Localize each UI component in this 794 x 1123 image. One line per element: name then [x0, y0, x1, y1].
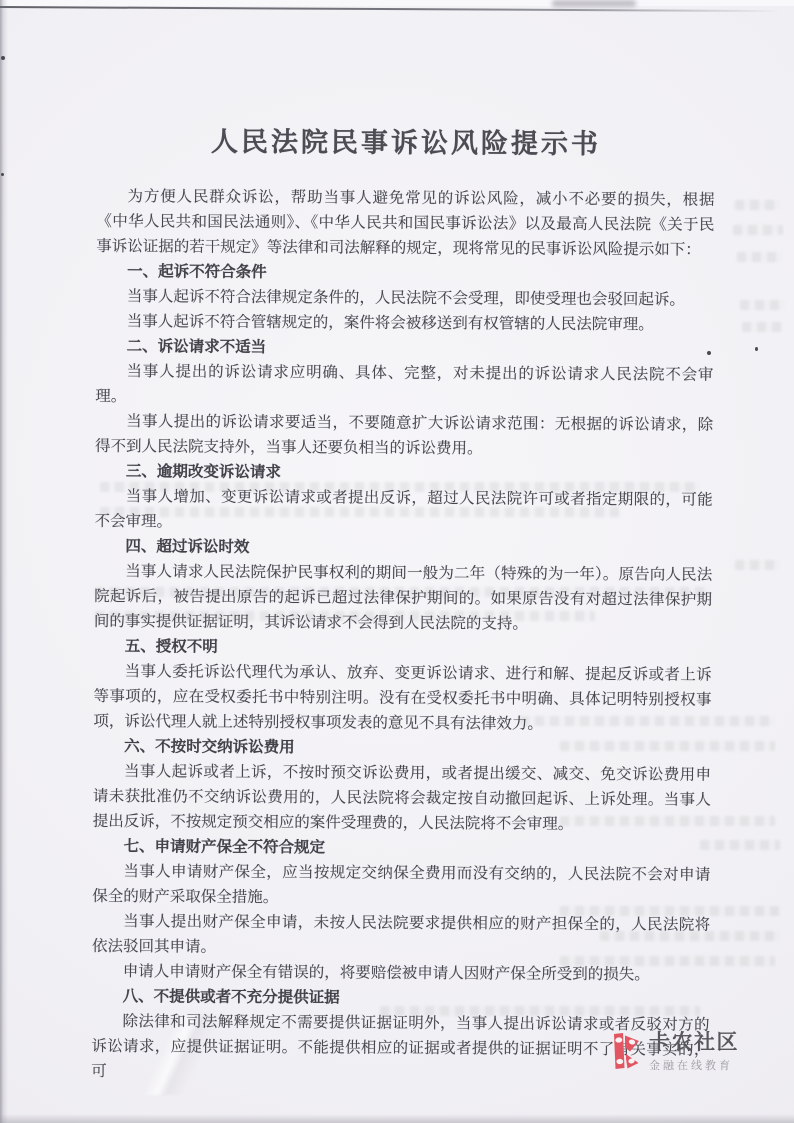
section-5-heading: 五、授权不明 — [94, 634, 712, 663]
section-1-paragraph: 当事人起诉不符合法律规定条件的，人民法院不会受理，即使受理也会驳回起诉。 — [96, 284, 714, 313]
section-1-heading: 一、起诉不符合条件 — [96, 259, 714, 288]
bleedthrough-ghost — [733, 225, 783, 235]
ink-speck — [755, 347, 758, 351]
watermark-text: 卡农社区 金融在线教育 — [649, 1031, 739, 1073]
document-title: 人民法院民事诉讼风险提示书 — [97, 124, 715, 162]
scan-smudge — [552, 0, 636, 7]
watermark-tagline: 金融在线教育 — [649, 1057, 739, 1073]
section-7-paragraph: 申请人申请财产保全有错误的，将要赔偿被申请人因财产保全所受到的损失。 — [92, 959, 710, 988]
bleedthrough-ghost — [737, 252, 782, 262]
section-8-heading: 八、不提供或者不充分提供证据 — [92, 984, 710, 1013]
section-7: 七、申请财产保全不符合规定 当事人申请财产保全，应当按规定交纳保全费用而没有交纳… — [92, 834, 711, 988]
section-6-paragraph: 当事人起诉或者上诉，不按时预交诉讼费用，或者提出缓交、减交、免交诉讼费用申请未获… — [93, 759, 711, 838]
section-7-heading: 七、申请财产保全不符合规定 — [93, 834, 711, 863]
bleedthrough-ghost — [740, 300, 785, 310]
section-5-paragraph: 当事人委托诉讼代理代为承认、放弃、变更诉讼请求、进行和解、提起反诉或者上诉等事项… — [93, 659, 711, 738]
scanned-document-page: 人民法院民事诉讼风险提示书 为方便人民群众诉讼，帮助当事人避免常见的诉讼风险，减… — [0, 0, 794, 1123]
section-3-paragraph: 当事人增加、变更诉讼请求或者提出反诉，超过人民法院许可或者指定期限的，可能不会审… — [94, 484, 712, 538]
intro-paragraph: 为方便人民群众诉讼，帮助当事人避免常见的诉讼风险，减小不必要的损失，根据《中华人… — [96, 184, 714, 263]
section-2-paragraph: 当事人提出的诉讼请求要适当，不要随意扩大诉讼请求范围：无根据的诉讼请求，除得不到… — [95, 409, 713, 463]
section-1: 一、起诉不符合条件 当事人起诉不符合法律规定条件的，人民法院不会受理，即使受理也… — [96, 259, 714, 338]
scan-left-shadow — [0, 0, 8, 1123]
section-4-heading: 四、超过诉讼时效 — [94, 534, 712, 563]
bleedthrough-ghost — [735, 200, 780, 210]
section-4-paragraph: 当事人请求人民法院保护民事权利的期间一般为二年（特殊的为一年）。原告向人民法院起… — [94, 559, 712, 638]
ink-speck — [1, 56, 5, 60]
scan-bottom-shadow — [0, 1114, 794, 1123]
bleedthrough-ghost — [700, 840, 780, 850]
kanong-watermark: 卡农社区 金融在线教育 — [608, 1031, 739, 1073]
section-5: 五、授权不明 当事人委托诉讼代理代为承认、放弃、变更诉讼请求、进行和解、提起反诉… — [93, 634, 712, 738]
scan-top-margin — [0, 0, 794, 6]
section-6: 六、不按时交纳诉讼费用 当事人起诉或者上诉，不按时预交诉讼费用，或者提出缓交、减… — [93, 734, 712, 838]
document-content: 人民法院民事诉讼风险提示书 为方便人民群众诉讼，帮助当事人避免常见的诉讼风险，减… — [91, 124, 715, 1088]
section-7-paragraph: 当事人提出财产保全申请，未按人民法院要求提供相应的财产担保全的，人民法院将依法驳… — [92, 909, 710, 963]
section-3: 三、逾期改变诉讼请求 当事人增加、变更诉讼请求或者提出反诉，超过人民法院许可或者… — [94, 459, 712, 538]
kanong-logo-icon — [608, 1031, 642, 1071]
watermark-name: 卡农社区 — [649, 1031, 739, 1055]
bleedthrough-ghost — [742, 322, 782, 332]
section-2: 二、诉讼请求不适当 当事人提出的诉讼请求应明确、具体、完整，对未提出的诉讼请求人… — [95, 334, 714, 463]
section-6-heading: 六、不按时交纳诉讼费用 — [93, 734, 711, 763]
section-2-heading: 二、诉讼请求不适当 — [96, 334, 714, 363]
section-1-paragraph: 当事人起诉不符合管辖规定的，案件将会被移送到有权管辖的人民法院审理。 — [96, 309, 714, 338]
scan-edge-line — [0, 6, 794, 12]
bleedthrough-ghost — [735, 560, 780, 570]
section-4: 四、超过诉讼时效 当事人请求人民法院保护民事权利的期间一般为二年（特殊的为一年）… — [94, 534, 713, 638]
section-2-paragraph: 当事人提出的诉讼请求应明确、具体、完整，对未提出的诉讼请求人民法院不会审理。 — [95, 359, 713, 413]
ink-speck — [1, 173, 4, 176]
section-7-paragraph: 当事人申请财产保全，应当按规定交纳保全费用而没有交纳的，人民法院不会对申请保全的… — [92, 859, 710, 913]
section-3-heading: 三、逾期改变诉讼请求 — [95, 459, 713, 488]
